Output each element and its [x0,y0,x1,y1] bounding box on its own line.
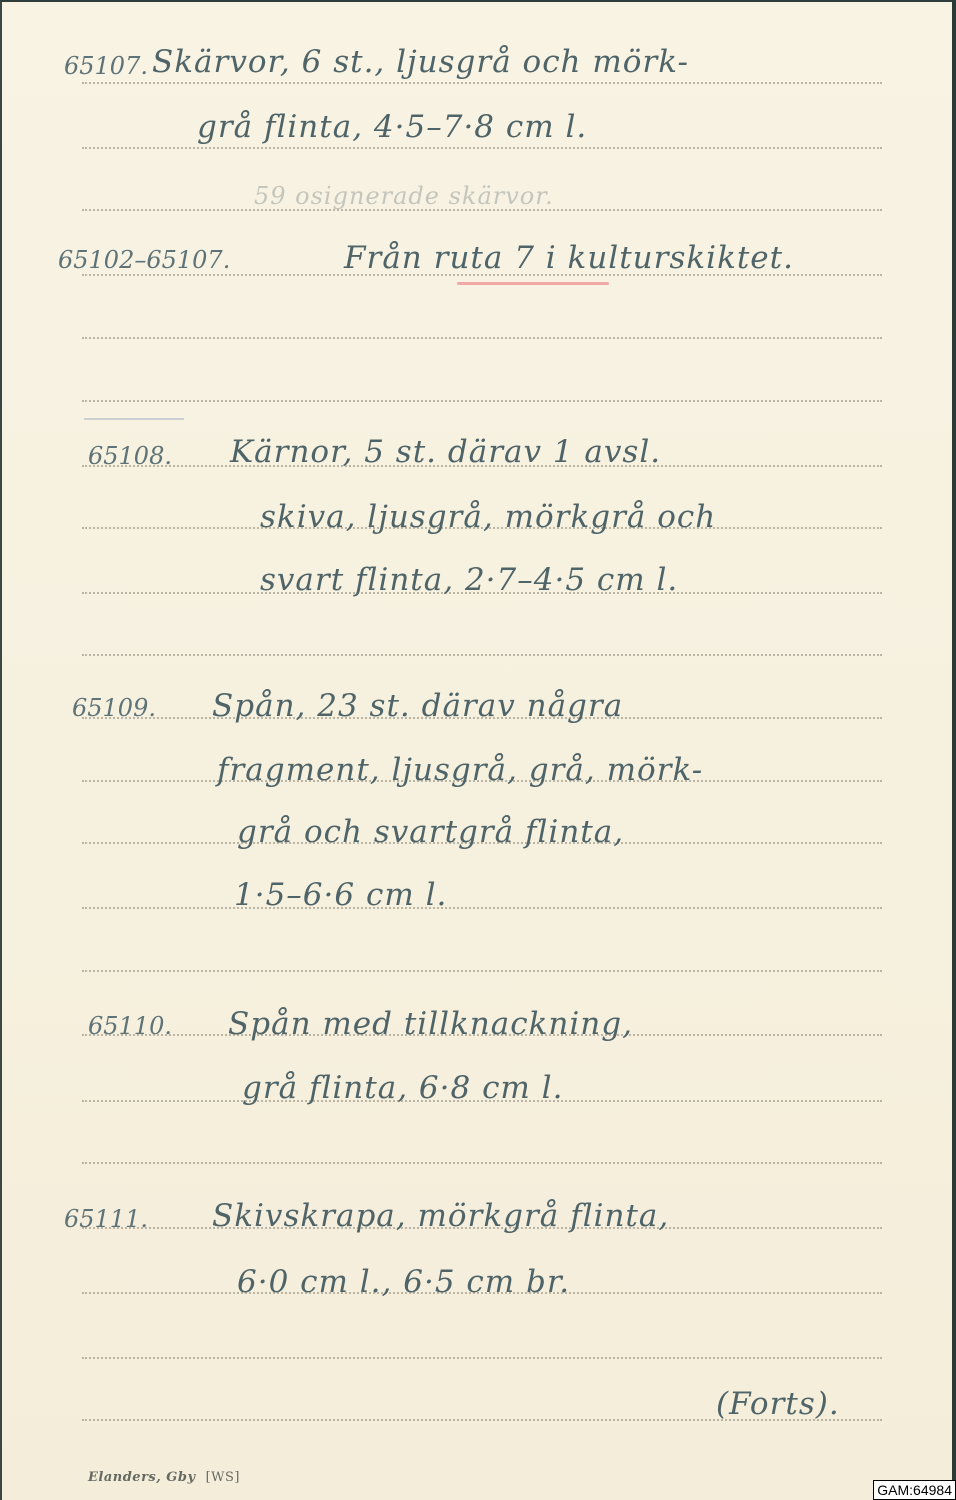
catalog-number-range: 65102–65107. [58,246,230,274]
entry-line: Från ruta 7 i kulturskiktet. [344,240,794,276]
catalog-id-label: GAM:64984 [873,1480,956,1500]
pencil-note: 59 osignerade skärvor. [254,182,554,210]
ruled-line [82,1357,882,1359]
entry-line: Spån, 23 st. därav några [212,688,623,724]
printer-code: [WS] [206,1470,240,1485]
entry-line: 6·0 cm l., 6·5 cm br. [237,1264,570,1300]
entry-line: Kärnor, 5 st. därav 1 avsl. [230,434,661,470]
printer-imprint: Elanders, Gby[WS] [88,1470,240,1485]
ruled-line [82,400,882,402]
catalog-card: 65107. Skärvor, 6 st., ljusgrå och mörk-… [0,0,956,1500]
struck-out-mark [84,418,184,420]
entry-line: 1·5–6·6 cm l. [234,877,447,913]
catalog-number: 65108. [88,442,172,470]
ruled-line [82,970,882,972]
ruled-line [82,654,882,656]
catalog-number: 65109. [72,694,156,722]
ruled-line [82,82,882,84]
entry-line: grå flinta, 4·5–7·8 cm l. [197,109,587,145]
entry-line: grå och svartgrå flinta, [237,814,624,850]
catalog-number: 65111. [64,1205,148,1233]
ruled-line [82,337,882,339]
entry-line: Skivskrapa, mörkgrå flinta, [212,1198,669,1234]
printer-name: Elanders, Gby [88,1470,196,1485]
entry-line: Spån med tillknackning, [228,1006,633,1042]
red-underline [457,282,609,285]
entry-line: fragment, ljusgrå, grå, mörk- [217,752,703,788]
entry-line: Skärvor, 6 st., ljusgrå och mörk- [152,44,689,80]
entry-line: svart flinta, 2·7–4·5 cm l. [260,562,678,598]
entry-line: grå flinta, 6·8 cm l. [242,1070,563,1106]
ruled-line [82,147,882,149]
ruled-line [82,907,882,909]
entry-line: skiva, ljusgrå, mörkgrå och [260,499,716,535]
catalog-number: 65107. [64,52,148,80]
ruled-line [82,1162,882,1164]
catalog-number: 65110. [88,1012,172,1040]
continuation-note: (Forts). [716,1386,840,1422]
